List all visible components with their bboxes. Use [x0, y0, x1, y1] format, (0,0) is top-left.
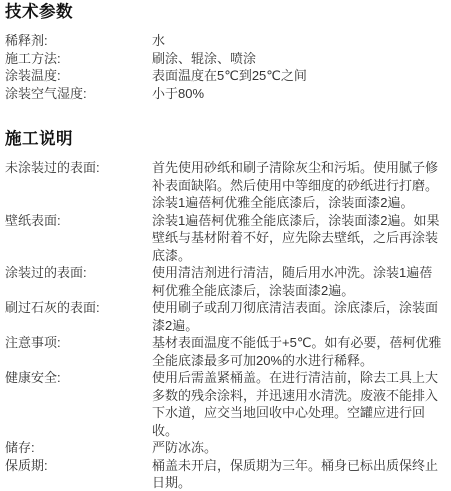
spec-row-health-safety: 健康安全: 使用后需盖紧桶盖。在进行清洁前，除去工具上大多数的残余涂料，并迅速用…: [5, 369, 445, 439]
spec-row-wallpaper-surface: 壁纸表面: 涂装1遍蓓柯优雅全能底漆后，涂装面漆2遍。如果壁纸与基材附着不好，应…: [5, 212, 445, 265]
spec-label: 涂装空气湿度:: [5, 85, 152, 103]
product-info-document: 技术参数 稀释剂: 水 施工方法: 刷涂、辊涂、喷涂 涂装温度: 表面温度在5℃…: [0, 0, 451, 491]
spec-value: 首先使用砂纸和刷子清除灰尘和污垢。使用腻子修补表面缺陷。然后使用中等细度的砂纸进…: [152, 159, 445, 212]
spec-label: 稀释剂:: [5, 32, 152, 50]
spec-row-painted-surface: 涂装过的表面: 使用清洁剂进行清洁，随后用水冲洗。涂装1遍蓓柯优雅全能底漆后，涂…: [5, 264, 445, 299]
section-heading-technical-parameters: 技术参数: [5, 2, 445, 23]
spec-value: 使用清洁剂进行清洁，随后用水冲洗。涂装1遍蓓柯优雅全能底漆后，涂装面漆2遍。: [152, 264, 445, 299]
spec-label: 涂装过的表面:: [5, 264, 152, 282]
spec-value: 基材表面温度不能低于+5℃。如有必要，蓓柯优雅全能底漆最多可加20%的水进行稀释…: [152, 334, 445, 369]
spec-row-application-method: 施工方法: 刷涂、辊涂、喷涂: [5, 50, 445, 68]
spec-row-diluent: 稀释剂: 水: [5, 32, 445, 50]
spec-label: 刷过石灰的表面:: [5, 299, 152, 317]
section-heading-application-instructions: 施工说明: [5, 129, 445, 150]
spec-row-precautions: 注意事项: 基材表面温度不能低于+5℃。如有必要，蓓柯优雅全能底漆最多可加20%…: [5, 334, 445, 369]
spec-row-storage: 储存: 严防冰冻。: [5, 439, 445, 457]
spec-value: 表面温度在5℃到25℃之间: [152, 67, 445, 85]
spec-value: 严防冰冻。: [152, 439, 445, 457]
spec-label: 未涂装过的表面:: [5, 159, 152, 177]
spec-value: 使用后需盖紧桶盖。在进行清洁前，除去工具上大多数的残余涂料，并迅速用水清洗。废液…: [152, 369, 445, 439]
spec-row-air-humidity: 涂装空气湿度: 小于80%: [5, 85, 445, 103]
spec-label: 健康安全:: [5, 369, 152, 387]
spec-value: 水: [152, 32, 445, 50]
spec-value: 涂装1遍蓓柯优雅全能底漆后，涂装面漆2遍。如果壁纸与基材附着不好，应先除去壁纸，…: [152, 212, 445, 265]
technical-parameters-section: 技术参数 稀释剂: 水 施工方法: 刷涂、辊涂、喷涂 涂装温度: 表面温度在5℃…: [5, 2, 445, 102]
spec-value: 小于80%: [152, 85, 445, 103]
spec-label: 涂装温度:: [5, 67, 152, 85]
spec-row-limewashed-surface: 刷过石灰的表面: 使用刷子或刮刀彻底清洁表面。涂底漆后，涂装面漆2遍。: [5, 299, 445, 334]
spec-label: 施工方法:: [5, 50, 152, 68]
spec-value: 使用刷子或刮刀彻底清洁表面。涂底漆后，涂装面漆2遍。: [152, 299, 445, 334]
spec-row-unpainted-surface: 未涂装过的表面: 首先使用砂纸和刷子清除灰尘和污垢。使用腻子修补表面缺陷。然后使…: [5, 159, 445, 212]
spec-label: 保质期:: [5, 457, 152, 475]
spec-row-shelf-life: 保质期: 桶盖未开启，保质期为三年。桶身已标出质保终止日期。: [5, 457, 445, 491]
spec-label: 注意事项:: [5, 334, 152, 352]
spec-row-application-temperature: 涂装温度: 表面温度在5℃到25℃之间: [5, 67, 445, 85]
spec-label: 储存:: [5, 439, 152, 457]
application-instructions-section: 施工说明 未涂装过的表面: 首先使用砂纸和刷子清除灰尘和污垢。使用腻子修补表面缺…: [5, 129, 445, 491]
spec-value: 刷涂、辊涂、喷涂: [152, 50, 445, 68]
spec-label: 壁纸表面:: [5, 212, 152, 230]
spec-value: 桶盖未开启，保质期为三年。桶身已标出质保终止日期。: [152, 457, 445, 491]
